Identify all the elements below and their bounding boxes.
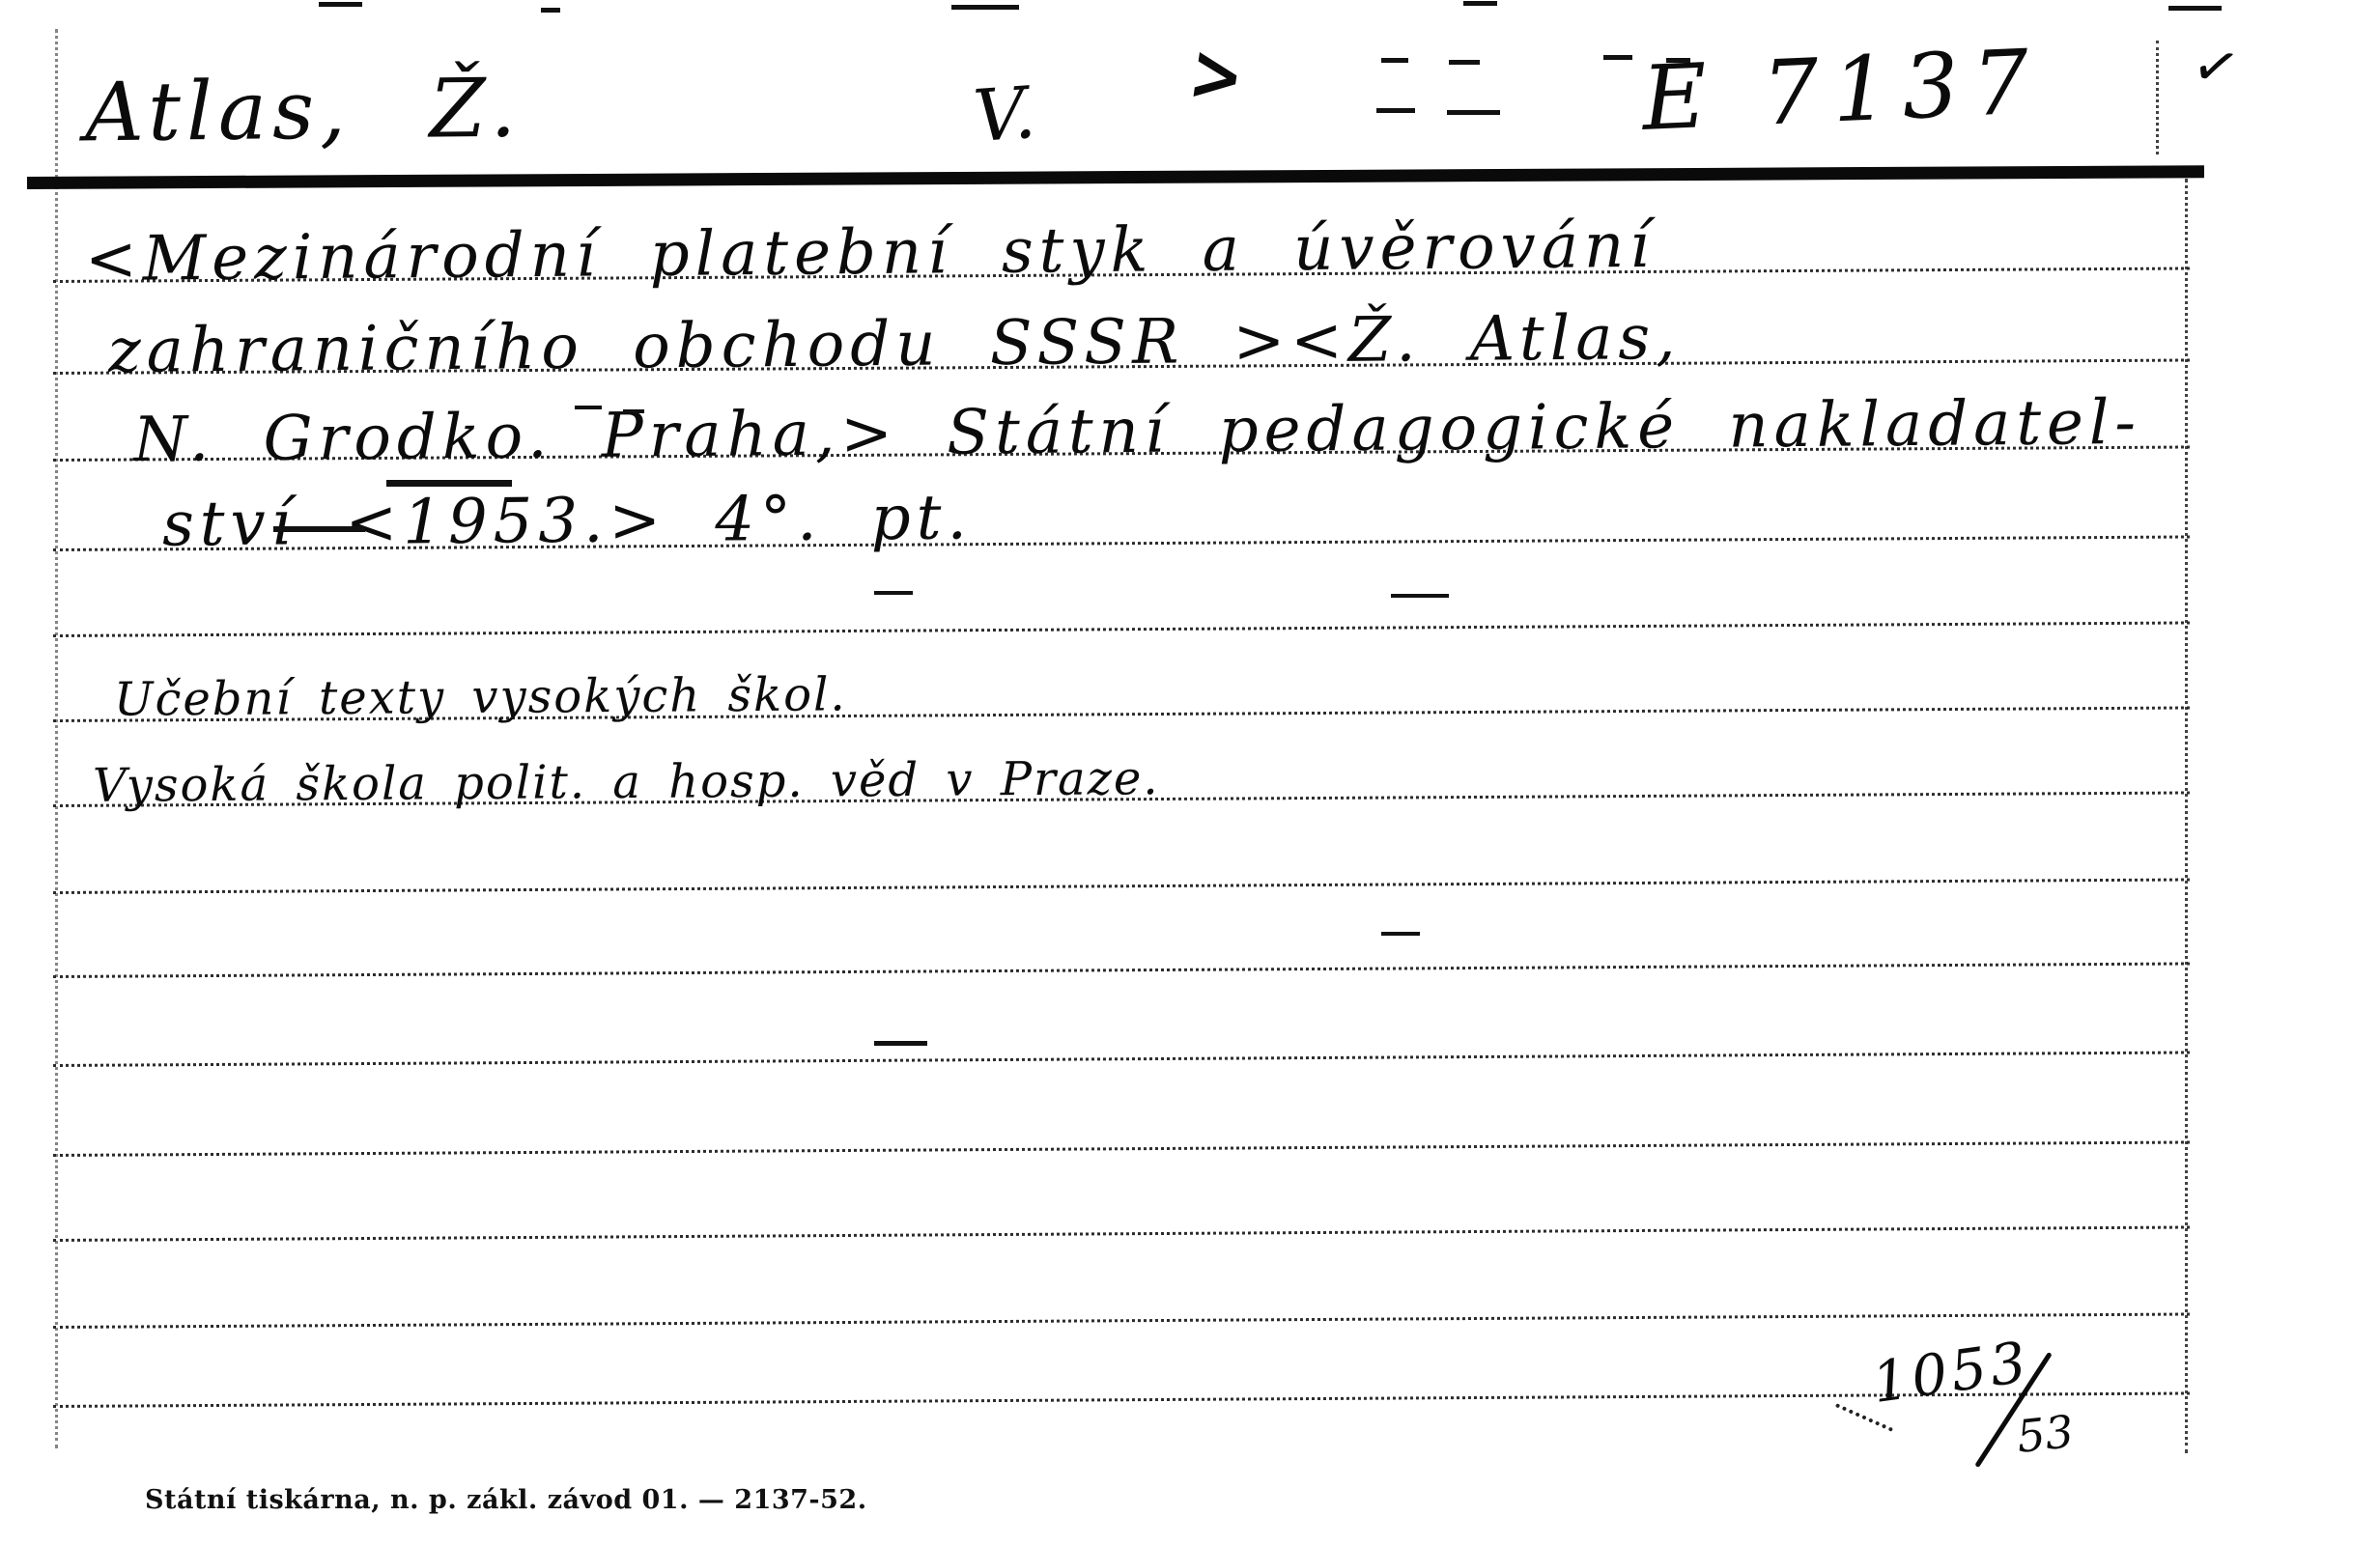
noise-dash: [1381, 58, 1408, 63]
noise-dash: [1449, 60, 1480, 65]
ruled-line: [53, 1140, 2190, 1157]
noise-dash: [1376, 108, 1415, 113]
noise-dash: [1391, 594, 1449, 598]
accession-numerator: 1053: [1869, 1333, 2033, 1411]
insert-mark: >: [1185, 31, 1249, 117]
right-margin-line: [2185, 179, 2188, 1453]
noise-dash: [1603, 55, 1632, 60]
noise-dash: [1463, 1, 1497, 6]
noise-dash: [541, 8, 560, 13]
emphasis-mark: [386, 480, 512, 487]
series-note: Učební texty vysokých škol.: [114, 671, 847, 722]
noise-dash: [2168, 6, 2222, 11]
noise-dash: [1666, 58, 1690, 63]
institution-note: Vysoká škola polit. a hosp. věd v Praze.: [93, 755, 1160, 809]
ruled-line: [53, 621, 2190, 637]
check-mark-icon: ✓: [2188, 35, 2246, 99]
call-number: E 7137: [1640, 38, 2044, 144]
left-margin-line: [55, 29, 58, 1448]
noise-dash: [623, 409, 644, 413]
ruled-line: [53, 1391, 2190, 1408]
printer-imprint: Státní tiskárna, n. p. zákl. závod 01. —…: [145, 1485, 867, 1515]
noise-dash: [319, 2, 362, 7]
noise-dash: [575, 406, 602, 409]
title-line: zahraničního obchodu SSSR ><Ž. Atlas,: [108, 307, 1682, 382]
noise-dash: [1447, 110, 1500, 115]
title-line: N. Grodko. Praha,> Státní pedagogické na…: [133, 392, 2141, 471]
emphasis-mark: [273, 526, 365, 532]
noise-dash: [874, 591, 913, 595]
header-rule: [27, 165, 2204, 189]
header-divider-line: [2156, 41, 2159, 154]
title-line: ství <1953.> 4°. pt.: [162, 487, 973, 555]
ruled-line: [53, 1051, 2190, 1067]
noise-dash: [951, 5, 1019, 10]
title-line: <Mezinárodní platební styk a úvěrování: [85, 215, 1656, 291]
ruled-line: [53, 878, 2190, 894]
ruled-line: [53, 1312, 2190, 1329]
ruled-line: [53, 962, 2190, 978]
author-heading: Atlas, Ž.: [85, 68, 523, 154]
noise-dash: [1381, 932, 1420, 936]
ruled-line: [53, 1225, 2190, 1242]
catalog-card: Atlas, Ž. V. > E 7137 ✓ <Mezinárodní pla…: [0, 0, 2380, 1544]
letter-mark: V.: [971, 77, 1037, 153]
noise-dash: [874, 1041, 927, 1046]
accession-denominator: 53: [2015, 1409, 2076, 1459]
